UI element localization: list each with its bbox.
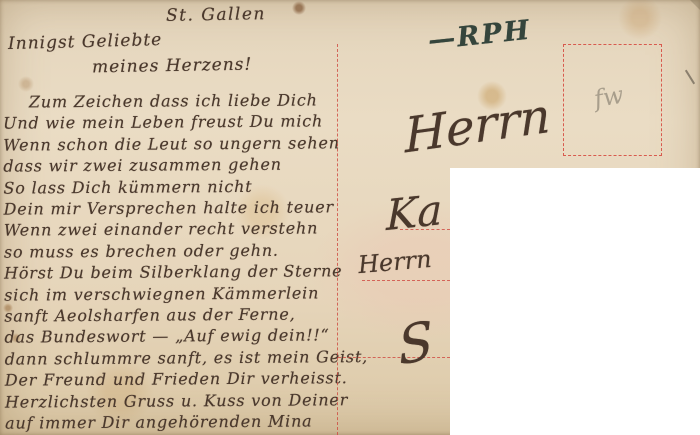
dateline-text: St. Gallen (166, 4, 266, 26)
pencil-tick-mark (685, 70, 695, 85)
address-rule-2 (362, 280, 450, 281)
message-line: auf immer Dir angehörenden Mina (5, 409, 467, 434)
address-name-fragment: Ka (386, 185, 442, 240)
address-swash-fragment: S (396, 310, 435, 378)
greeting-line-2: meines Herzens! (92, 55, 253, 78)
greeting-line-1: Innigst Geliebte (8, 30, 163, 54)
stamp-box: fw (563, 44, 662, 156)
white-mask-rectangle (450, 168, 700, 435)
divider-rule (337, 44, 338, 435)
stamp-box-pencil-mark: fw (592, 81, 626, 114)
postcard-photo: St. Gallen Innigst Geliebte meines Herze… (0, 0, 700, 435)
postcard-paper: St. Gallen Innigst Geliebte meines Herze… (0, 0, 700, 435)
pen-annotation: —RPH (427, 15, 533, 57)
corner-wear (690, 0, 700, 10)
